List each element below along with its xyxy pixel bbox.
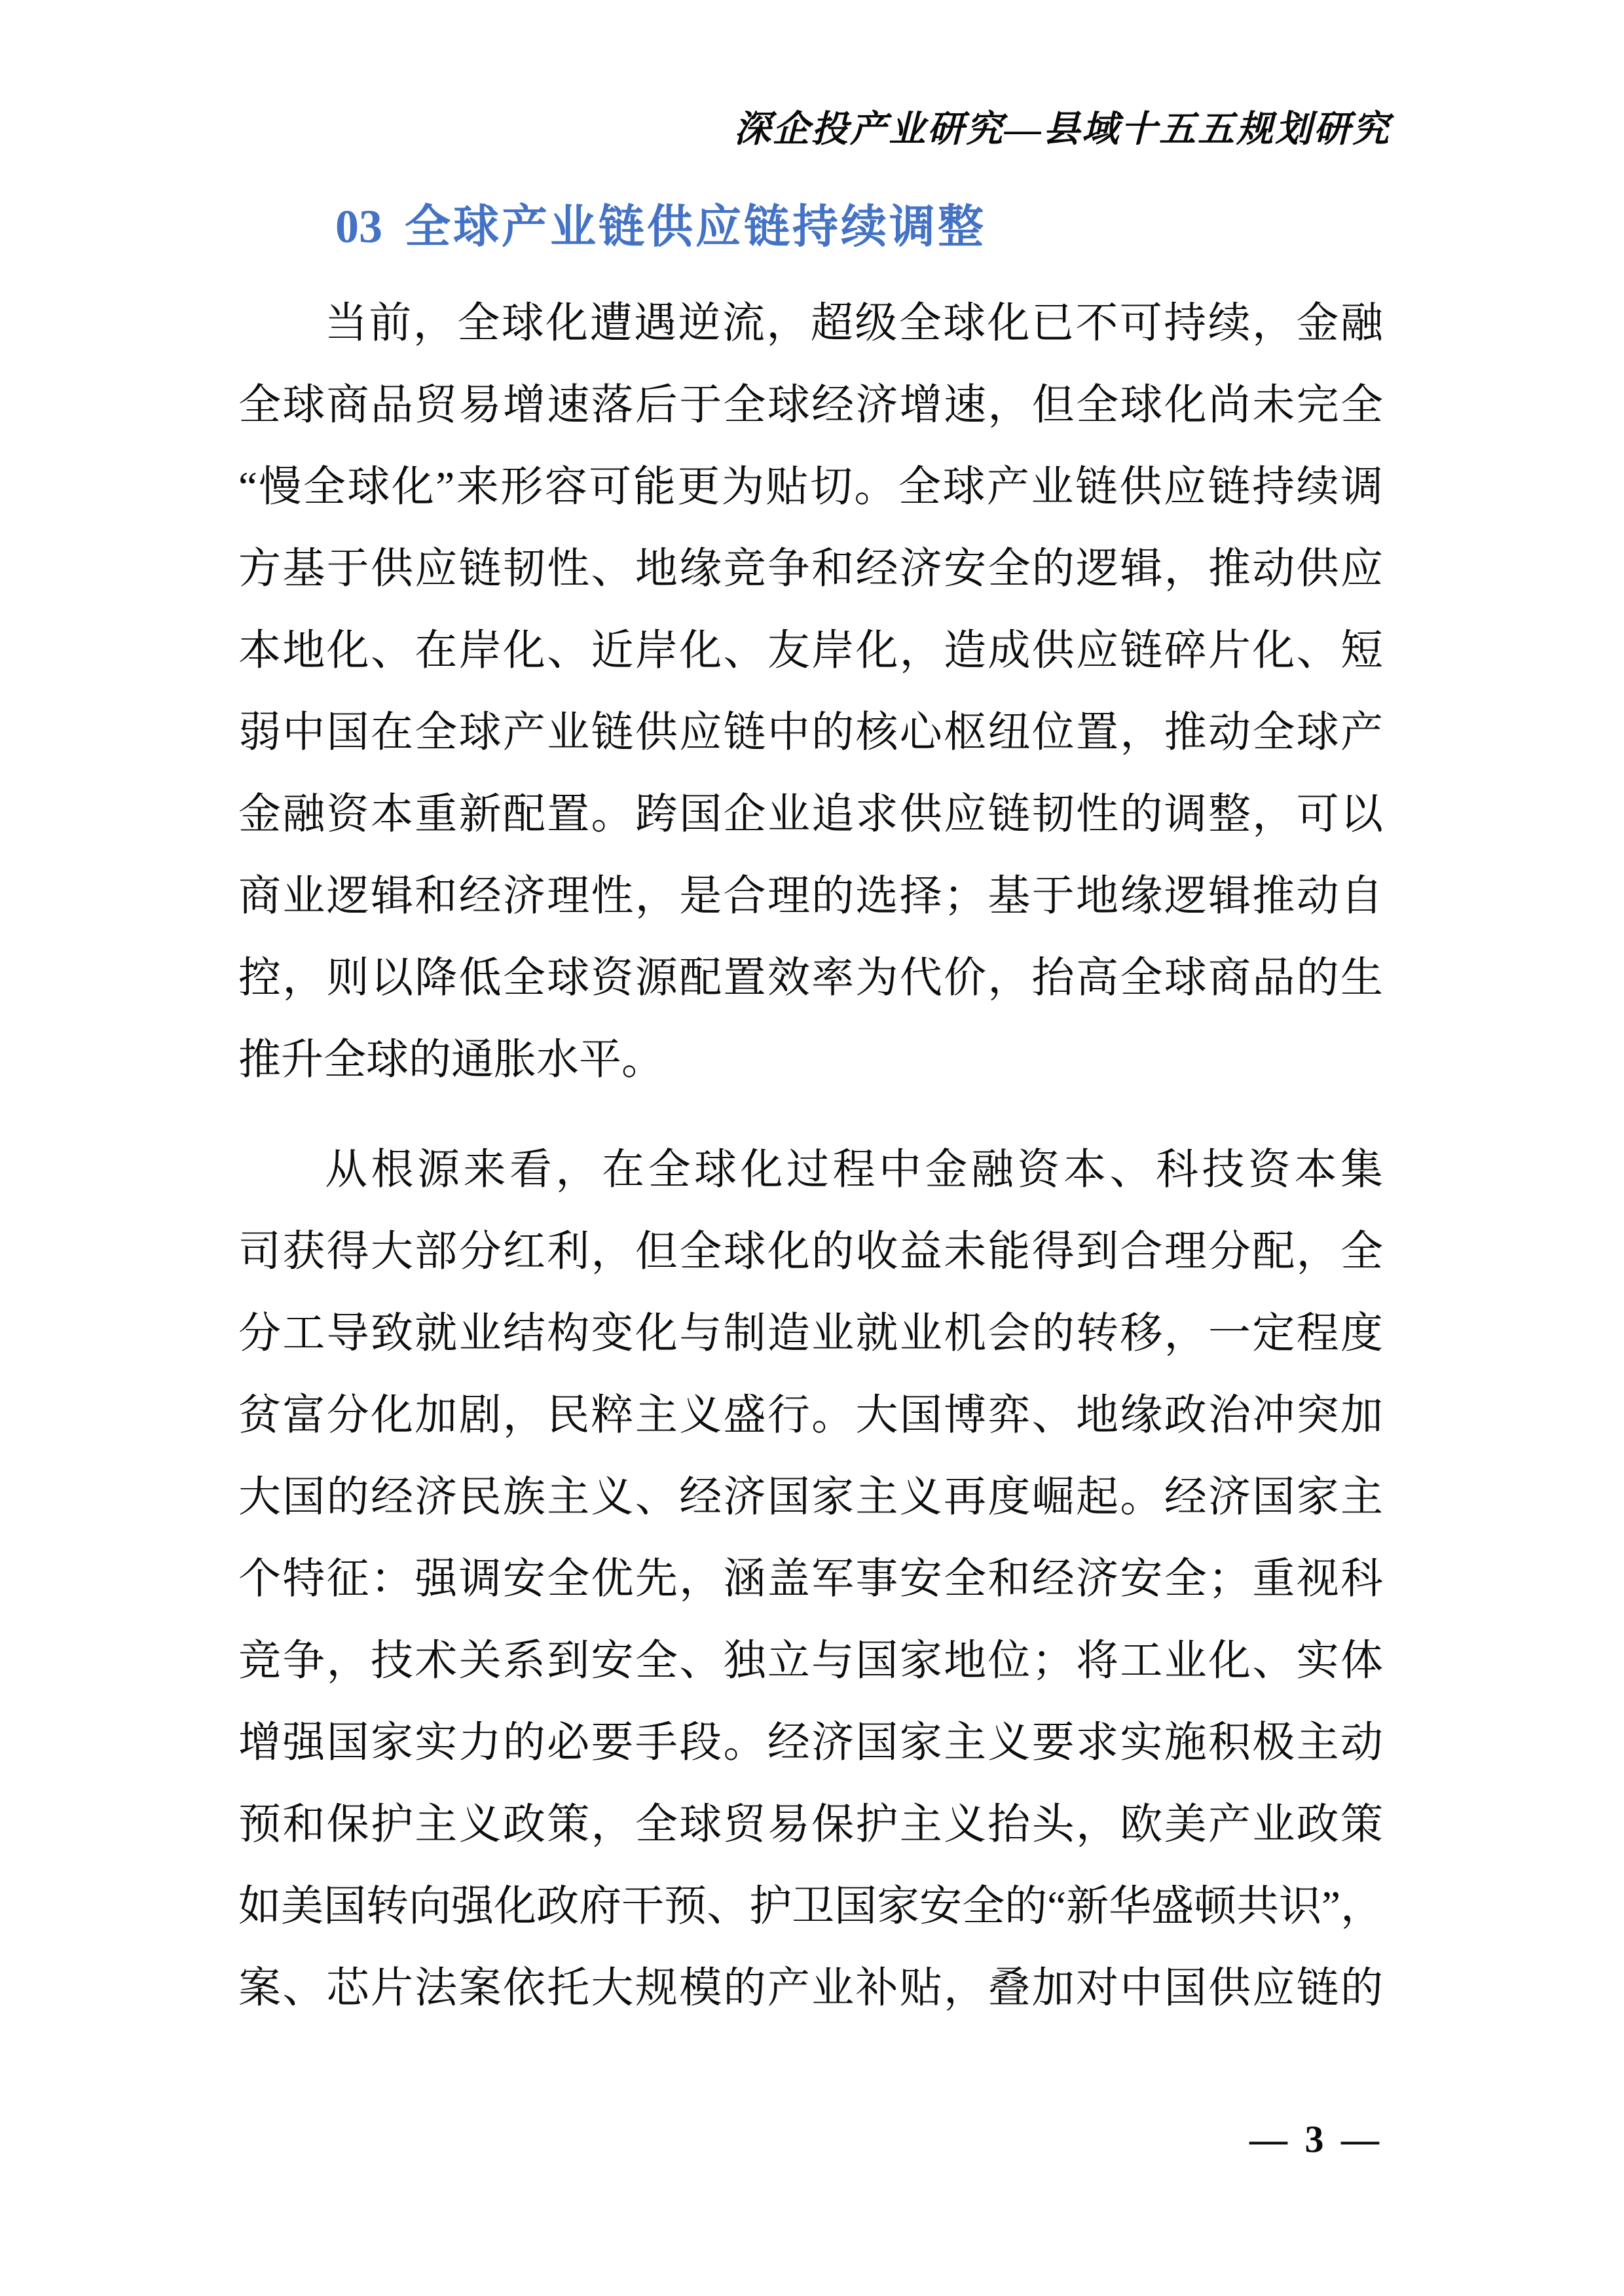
body-text-line: 司获得大部分红利，但全球化的收益未能得到合理分配，全球价值链 — [238, 1211, 1383, 1293]
section-number: 03 — [335, 200, 382, 253]
body-text-line: 个特征：强调安全优先，涵盖军事安全和经济安全；重视科技和产业 — [238, 1539, 1383, 1620]
body-text-line: 分工导致就业结构变化与制造业就业机会的转移，一定程度上导致了 — [238, 1293, 1383, 1375]
body-text-line: 控，则以降低全球资源配置效率为代价，抬高全球商品的生产成本， — [238, 938, 1383, 1019]
body-text-line: 商业逻辑和经济理性，是合理的选择；基于地缘逻辑推动自主安全可 — [238, 856, 1383, 938]
body-text-line: 方基于供应链韧性、地缘竞争和经济安全的逻辑，推动供应链区域化、 — [238, 528, 1383, 610]
body-text-line: 推升全球的通胀水平。 — [238, 1019, 1383, 1101]
document-page: 深企投产业研究—县域十五五规划研究 03全球产业链供应链持续调整 当前，全球化遭… — [0, 0, 1624, 2296]
body-text-line: 增强国家实力的必要手段。经济国家主义要求实施积极主动的国家干 — [238, 1702, 1383, 1784]
body-text-line: 本地化、在岸化、近岸化、友岸化，造成供应链碎片化、短链化，削 — [238, 610, 1383, 692]
body-text-line: 如美国转向强化政府干预、护卫国家安全的“新华盛顿共识”，通胀法 — [238, 1866, 1383, 1948]
body-text-line: 从根源来看，在全球化过程中金融资本、科技资本集团、跨国公 — [238, 1129, 1383, 1211]
body-text-line: 弱中国在全球产业链供应链中的核心枢纽位置，推动全球产业资本、 — [238, 692, 1383, 774]
body-text-line: 案、芯片法案依托大规模的产业补贴，叠加对中国供应链的定点排斥， — [238, 1948, 1383, 2030]
body-text-line: 金融资本重新配置。跨国企业追求供应链韧性的调整，可以说是基于 — [238, 774, 1383, 856]
section-title: 全球产业链供应链持续调整 — [405, 201, 986, 252]
page-number: — 3 — — [238, 2113, 1383, 2166]
body-text-line: 当前，全球化遭遇逆流，超级全球化已不可持续，金融危机以后， — [238, 283, 1383, 365]
body-text-line: 贫富分化加剧，民粹主义盛行。大国博弈、地缘政治冲突加剧，主要 — [238, 1375, 1383, 1457]
body-text: 当前，全球化遭遇逆流，超级全球化已不可持续，金融危机以后， 全球商品贸易增速落后… — [238, 283, 1383, 2030]
running-header: 深企投产业研究—县域十五五规划研究 — [238, 103, 1391, 156]
body-text-line: 大国的经济民族主义、经济国家主义再度崛起。经济国家主义具有三 — [238, 1457, 1383, 1539]
body-text-line: “慢全球化”来形容可能更为贴切。全球产业链供应链持续调整，美西 — [238, 446, 1383, 528]
body-text-line: 预和保护主义政策，全球贸易保护主义抬头，欧美产业政策升温，比 — [238, 1784, 1383, 1866]
body-text-line: 全球商品贸易增速落后于全球经济增速，但全球化尚未完全逆转，用 — [238, 365, 1383, 446]
section-heading: 03全球产业链供应链持续调整 — [335, 195, 986, 271]
body-text-line: 竞争，技术关系到安全、独立与国家地位；将工业化、实体经济视为 — [238, 1620, 1383, 1702]
